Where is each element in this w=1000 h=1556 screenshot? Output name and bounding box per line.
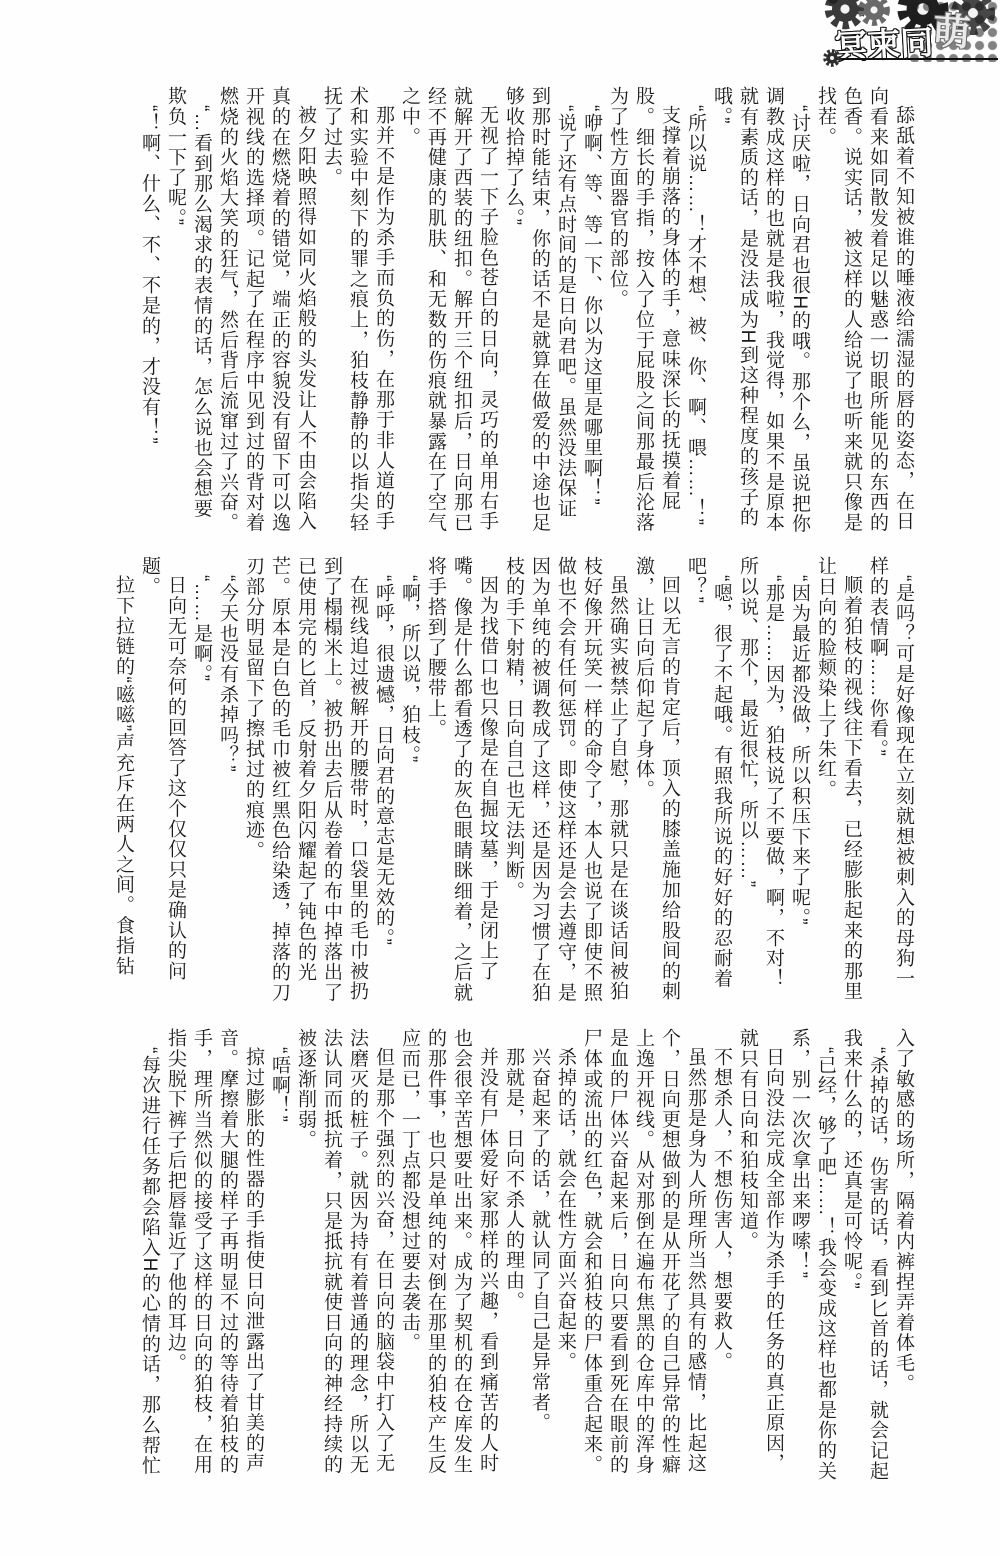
paragraph: “那是……因为，狛枝说了不要做，啊，不对！所以说、那个，最近很忙，所以……” [734, 556, 786, 1008]
paragraph: 那就是，日向不杀人的理由。 [500, 1028, 526, 1490]
paragraph: 回以无言的肯定后，顶入的膝盖施加给股间的刺激，让日向后仰起了身体。 [630, 556, 682, 1008]
paragraph: “！啊、什么、不、不是的，才没有！” [136, 86, 162, 538]
logo-text: 冥柬同萌 [833, 8, 972, 69]
paragraph: 支撑着崩落的身体的手，意味深长的抚摸着屁股。细长的手指，按入了位于屁股之间那最后… [604, 86, 682, 538]
paragraph: 但是那个强烈的兴奋，在日向的脑袋中打入了无法磨灭的桩子。就因为持有着普通的理念，… [292, 1028, 396, 1490]
paragraph: 不想杀人，不想伤害人，想要救人。 [708, 1028, 734, 1490]
paragraph: “每次进行任务都会陷入H的心情的话，那么帮忙 [136, 1028, 162, 1490]
paragraph: “是吗？可是好像现在立刻就想被刺入的母狗一样的表情啊……你看。” [864, 556, 916, 1008]
paragraph: 掠过膨胀的性器的手指使日向泄露出了甘美的声音。摩擦着大腿的样子再明显不过的等待着… [162, 1028, 266, 1490]
paragraph: “…看到那么渴求的表情的话，怎么说也会想要欺负一下了呢。” [162, 86, 214, 538]
paragraph: 日向没法完成全部作为杀手的任务的真正原因，就只有日向和狛枝知道。 [734, 1028, 786, 1490]
circle-group-logo: 冥柬同萌 [822, 0, 1000, 80]
paragraph: “……是啊。” [188, 556, 214, 1008]
paragraph: “咿啊、等、等一下、你以为这里是哪里啊！” [578, 86, 604, 538]
gear-icon [822, 48, 842, 68]
paragraph: “因为最近都没做，所以积压下来了呢。” [786, 556, 812, 1008]
text-block-bottom: 入了敏感的场所，隔着内裤捏弄着体毛。“杀掉的话，伤害的话，看到匕首的话，就会记起… [100, 1028, 916, 1490]
logo-text-accent: 萌 [932, 0, 973, 56]
paragraph: “呼呼，很遗憾，日向君的意志是无效的。” [370, 556, 396, 1008]
paragraph: 兴奋起来了的话，就认同了自己是异常者。 [526, 1028, 552, 1490]
paragraph: 舔舐着不知被谁的唾液给濡湿的唇的姿态，在日向看来如同散发着足以魅惑一切眼所能见的… [812, 86, 916, 538]
paragraph: 虽然确实被禁止了自慰，那就只是在谈话间被狛枝好像开玩笑一样的命令了，本人也说了即… [500, 556, 630, 1008]
paragraph: “说了还有点时间的是日向君吧。虽然没法保证到那时能结束，你的话不是就算在做爱的中… [500, 86, 578, 538]
paragraph: “今天也没有杀掉吗？” [214, 556, 240, 1008]
paragraph: 虽然那是身为人所理所当然具有的感情，比起这个，日向更想做到的是从开花了的自己异常… [578, 1028, 708, 1490]
logo-text-main: 冥柬同 [833, 25, 934, 66]
paragraph: 并没有尸体爱好家那样的兴趣，看到痛苦的人时也会很辛苦想要吐出来。成为了契机的在仓… [396, 1028, 500, 1490]
paragraph: 因为找借口也只像是在自掘坟墓，于是闭上了嘴。像是什么都看透了的灰色眼睛眯细着，之… [422, 556, 500, 1008]
paragraph: “所以说……！才不想、被、你、啊、喂……！” [682, 86, 708, 538]
paragraph: 顺着狛枝的视线往下看去，已经膨胀起来的那里让日向的脸颊染上了朱红。 [812, 556, 864, 1008]
paragraph: 在视线追过被解开的腰带时，口袋里的毛巾被扔到了榻榻米上。被扔出去后从卷着的布中掉… [240, 556, 370, 1008]
paragraph: “已经，够了吧……！我会变成这样也都是你的关系，别一次次拿出来啰嗦！” [786, 1028, 838, 1490]
paragraph: 被夕阳映照得如同火焰般的头发让人不由会陷入真的在燃烧着的错觉，端正的容貌没有留下… [214, 86, 318, 538]
paragraph: “啊，所以说，狛枝。” [396, 556, 422, 1008]
text-block-top: 舔舐着不知被谁的唾液给濡湿的唇的姿态，在日向看来如同散发着足以魅惑一切眼所能见的… [100, 86, 916, 538]
paragraph: 日向无可奈何的回答了这个仅仅只是确认的问题。 [136, 556, 188, 1008]
paragraph: 杀掉的话，就会在性方面兴奋起来。 [552, 1028, 578, 1490]
paragraph: “嗯，很了不起哦。有照我所说的好好的忍耐着吧？” [682, 556, 734, 1008]
scanned-page: 冥柬同萌 舔舐着不知被谁的唾液给濡湿的唇的姿态，在日向看来如同散发着足以魅惑一切… [0, 0, 1000, 1556]
text-block-middle: “是吗？可是好像现在立刻就想被刺入的母狗一样的表情啊……你看。”顺着狛枝的视线往… [100, 556, 916, 1008]
logo-underline [830, 58, 998, 60]
paragraph: “唔啊！” [266, 1028, 292, 1490]
paragraph: “讨厌啦，日向君也很H的哦。那个么，虽说把你调教成这样的也就是我啦，我觉得，如果… [708, 86, 812, 538]
paragraph: 拉下拉链的“嗞嗞”声充斥在两人之间。食指钻 [110, 556, 136, 1008]
paragraph: 那并不是作为杀手而负的伤，在那于非人道的手术和实验中刻下的罪之痕上，狛枝静静的以… [318, 86, 396, 538]
paragraph: “杀掉的话，伤害的话，看到匕首的话，就会记起我来什么的，还真是可怜呢。” [838, 1028, 890, 1490]
paragraph: 入了敏感的场所，隔着内裤捏弄着体毛。 [890, 1028, 916, 1490]
paragraph: 无视了一下子脸色苍白的日向，灵巧的单用右手就解开了西装的纽扣。解开三个纽扣后，日… [396, 86, 500, 538]
